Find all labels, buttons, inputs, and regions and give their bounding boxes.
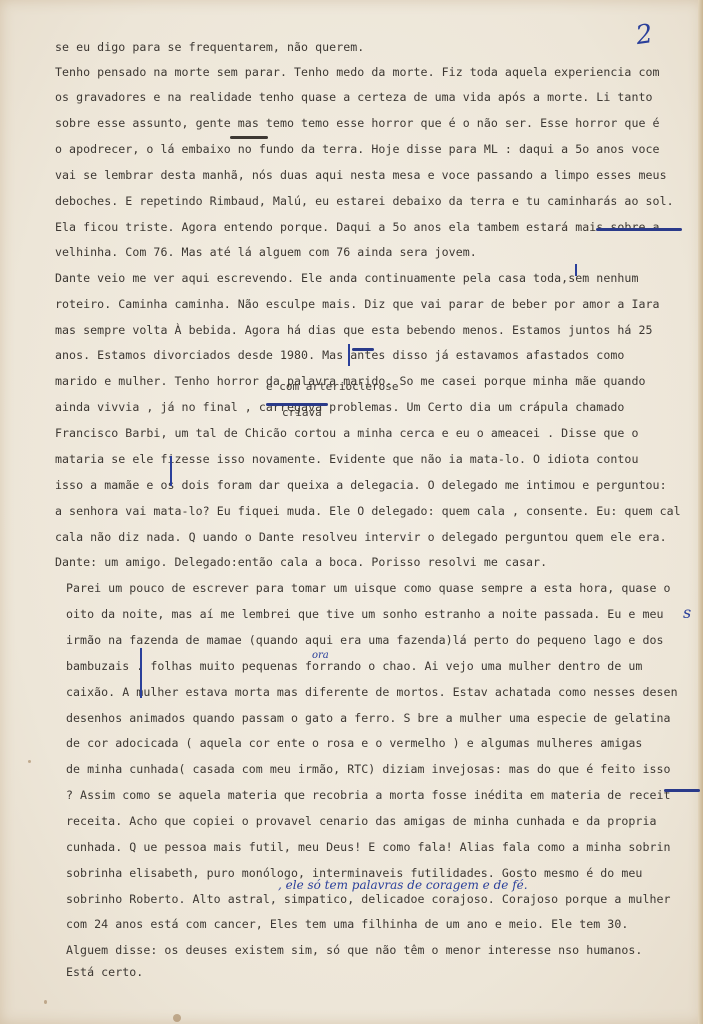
interline-insertion-above: e com arterioclerose (266, 380, 398, 393)
typed-line: isso a mamãe e os dois foram dar queixa … (55, 478, 667, 492)
strikeout-receita (664, 789, 700, 792)
typed-line: receita. Acho que copiei o provavel cena… (66, 814, 657, 828)
typed-line: a senhora vai mata-lo? Eu fiquei muda. E… (55, 504, 681, 518)
foxing-spot (28, 760, 31, 763)
strikeout-que (352, 348, 374, 351)
typed-line: Dante veio me ver aqui escrevendo. Ele a… (55, 271, 639, 285)
foxing-spot (173, 1014, 181, 1022)
typed-line: cunhada. Q ue pessoa mais futil, meu Deu… (66, 840, 671, 854)
typed-line: sobrinho Roberto. Alto astral, simpatico… (66, 892, 671, 906)
insertion-caret (140, 648, 142, 698)
strikeout-carregava (266, 403, 328, 406)
typed-line: irmão na fazenda de mamae (quando aqui e… (66, 633, 664, 647)
insertion-caret (348, 344, 350, 366)
typed-line: mataria se ele fizesse isso novamente. E… (55, 452, 639, 466)
typed-line: bambuzais . folhas muito pequenas forran… (66, 659, 642, 673)
typed-line: Parei um pouco de escrever para tomar um… (66, 581, 671, 595)
typed-line: Tenho pensado na morte sem parar. Tenho … (55, 65, 660, 79)
typed-line: roteiro. Caminha caminha. Não esculpe ma… (55, 297, 660, 311)
typed-line: de minha cunhada( casada com meu irmão, … (66, 762, 671, 776)
strikeout-gente (230, 136, 268, 139)
typed-line: Francisco Barbi, um tal de Chicão cortou… (55, 426, 639, 440)
typed-line: caixão. A mulher estava morta mas difere… (66, 685, 678, 699)
foxing-spot (44, 1000, 47, 1004)
typed-line: oito da noite, mas aí me lembrei que tiv… (66, 607, 664, 621)
typed-line: de cor adocicada ( aquela cor ente o ros… (66, 736, 642, 750)
typed-line: ainda vivvia , já no final , carregava p… (55, 400, 624, 414)
handwritten-insertion-s: s (683, 603, 691, 622)
handwritten-note-roberto: , ele só tem palavras de coragem e de fé… (278, 878, 528, 892)
typed-line: os gravadores e na realidade tenho quase… (55, 90, 653, 104)
handwritten-page-number: 2 (634, 19, 655, 51)
strikeout-mais-sobre (596, 228, 682, 231)
typed-line: o apodrecer, o lá embaixo no fundo da te… (55, 142, 660, 156)
typed-line: mas sempre volta À bebida. Agora há dias… (55, 323, 653, 337)
typed-line: velhinha. Com 76. Mas até lá alguem com … (55, 245, 477, 259)
typed-line: ? Assim como se aquela materia que recob… (66, 788, 671, 802)
insertion-caret (170, 456, 172, 486)
typed-line: Está certo. (66, 965, 143, 979)
typed-line: cala não diz nada. Q uando o Dante resol… (55, 530, 667, 544)
typed-line: anos. Estamos divorciados desde 1980. Ma… (55, 348, 624, 362)
paper-edge (698, 0, 703, 1024)
typed-line: Alguem disse: os deuses existem sim, só … (66, 943, 642, 957)
typed-line: desenhos animados quando passam o gato a… (66, 711, 671, 725)
typed-line: vai se lembrar desta manhã, nós duas aqu… (55, 168, 667, 182)
interline-insertion-below: criava (282, 406, 322, 419)
typed-line: sobre esse assunto, gente mas temo temo … (55, 116, 660, 130)
typed-line: com 24 anos está com cancer, Eles tem um… (66, 917, 628, 931)
paper-page: 2 se eu digo para se frequentarem, não q… (0, 0, 703, 1024)
handwritten-insertion-ora: ora (312, 650, 329, 661)
typed-line: deboches. E repetindo Rimbaud, Malú, eu … (55, 194, 674, 208)
typed-line: se eu digo para se frequentarem, não que… (55, 40, 364, 54)
typed-line: Dante: um amigo. Delegado:então cala a b… (55, 555, 547, 569)
typed-line: Ela ficou triste. Agora entendo porque. … (55, 220, 660, 234)
insertion-caret (575, 264, 577, 276)
